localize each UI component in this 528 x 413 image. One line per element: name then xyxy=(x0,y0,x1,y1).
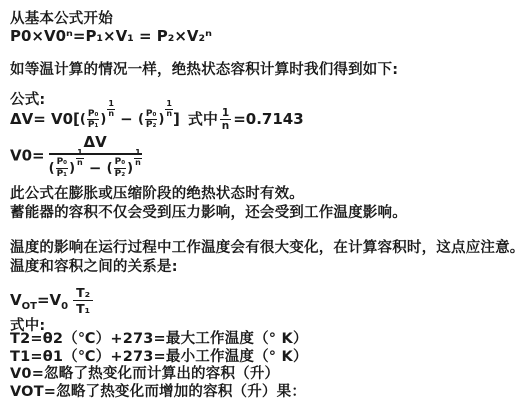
state-equation: P0×V0ⁿ=P₁×V₁ = P₂×V₂ⁿ xyxy=(10,27,212,45)
intro-line: 从基本公式开始 xyxy=(10,7,113,28)
paren-open: ( xyxy=(107,161,113,176)
fraction-numerator-delta-v: ΔV xyxy=(49,133,142,155)
paragraph-relation: 温度和容积之间的关系是: xyxy=(10,255,178,276)
paragraph-isothermal: 如等温计算的情况一样，绝热状态容积计算时我们得到如下: xyxy=(10,58,398,79)
exponent-denominator: n xyxy=(134,159,142,168)
paren-open: ( xyxy=(49,161,55,176)
exponent-1n: 1n xyxy=(107,100,115,119)
fraction-p0-p2: P₀P₂ xyxy=(114,157,127,179)
paren-open: ( xyxy=(80,112,86,127)
vot-equation: VOT=V0T₂T₁ xyxy=(10,285,93,316)
fraction-numerator: P₀ xyxy=(87,109,100,120)
fraction-numerator: P₀ xyxy=(56,157,69,168)
minus-sign: − xyxy=(84,159,107,177)
paren-close: ) xyxy=(69,161,75,176)
minus-sign: − xyxy=(115,110,138,128)
formula-label: 公式: xyxy=(10,88,45,109)
delta-v-lhs: ΔV= V0[ xyxy=(10,110,80,128)
bracket-close: ] xyxy=(173,110,180,128)
v0-subscript: 0 xyxy=(61,301,68,312)
paren-open: ( xyxy=(138,112,144,127)
exponent-1n: 1n xyxy=(134,149,142,168)
exponent-1n: 1n xyxy=(76,149,84,168)
exponent-denominator: n xyxy=(76,159,84,168)
fraction-numerator: P₀ xyxy=(145,109,158,120)
vot-v: V xyxy=(10,291,22,309)
v0-lhs: V0= xyxy=(10,147,45,165)
fraction-denominator: P₂ xyxy=(114,169,127,179)
definition-line-t1: T1=θ1（℃）+273=最小工作温度（° K） xyxy=(10,349,308,367)
fraction-numerator: T₂ xyxy=(73,285,93,301)
paragraph-temperature-effect: 温度的影响在运行过程中工作温度会有很大变化，在计算容积时，这点应注意。 xyxy=(10,236,525,257)
where-inline-label: 式中 xyxy=(188,110,218,128)
definition-line-vot: VOT=忽略了热变化而增加的容积（升）果： xyxy=(10,384,308,402)
fraction-numerator: 1 xyxy=(220,107,231,120)
exponent-denominator: n xyxy=(165,110,173,119)
v0-equation: V0=ΔV(P₀P₁)1n − (P₀P₂)1n xyxy=(10,133,142,179)
definition-line-t2: T2=θ2（℃）+273=最大工作温度（° K） xyxy=(10,331,308,349)
fraction-denominator: T₁ xyxy=(73,301,93,316)
fraction-denominator: P₁ xyxy=(87,120,100,130)
fraction-denominator-row: (P₀P₁)1n − (P₀P₂)1n xyxy=(49,155,142,179)
fraction-p0-p1: P₀P₁ xyxy=(56,157,69,179)
vot-subscript: OT xyxy=(22,301,37,312)
fraction-denominator: P₁ xyxy=(56,169,69,179)
vot-equals-v: =V xyxy=(37,291,61,309)
n-value: =0.7143 xyxy=(233,110,303,128)
fraction-denominator: P₂ xyxy=(145,120,158,130)
fraction-t2-t1: T₂T₁ xyxy=(73,285,93,316)
definition-line-v0: V0=忽略了热变化而计算出的容积（升） xyxy=(10,366,308,384)
paragraph-pressure-effect: 蓄能器的容积不仅会受到压力影响，还会受到工作温度影响。 xyxy=(10,201,407,222)
fraction-denominator: n xyxy=(220,120,231,132)
fraction-numerator: P₀ xyxy=(114,157,127,168)
document-page: 从基本公式开始 P0×V0ⁿ=P₁×V₁ = P₂×V₂ⁿ 如等温计算的情况一样… xyxy=(0,0,528,413)
delta-v-equation: ΔV= V0[(P₀P₁)1n − (P₀P₂)1n]式中1n=0.7143 xyxy=(10,107,304,132)
fraction-1-n: 1n xyxy=(220,107,231,132)
exponent-denominator: n xyxy=(107,110,115,119)
fraction-p0-p1: P₀P₁ xyxy=(87,109,100,131)
fraction-p0-p2: P₀P₂ xyxy=(145,109,158,131)
paren-close: ) xyxy=(158,112,164,127)
v0-fraction: ΔV(P₀P₁)1n − (P₀P₂)1n xyxy=(49,133,142,179)
paren-close: ) xyxy=(100,112,106,127)
exponent-1n: 1n xyxy=(165,100,173,119)
paragraph-validity: 此公式在膨胀或压缩阶段的绝热状态时有效。 xyxy=(10,182,304,203)
definitions-block: T2=θ2（℃）+273=最大工作温度（° K） T1=θ1（℃）+273=最小… xyxy=(10,331,308,401)
paren-close: ) xyxy=(127,161,133,176)
